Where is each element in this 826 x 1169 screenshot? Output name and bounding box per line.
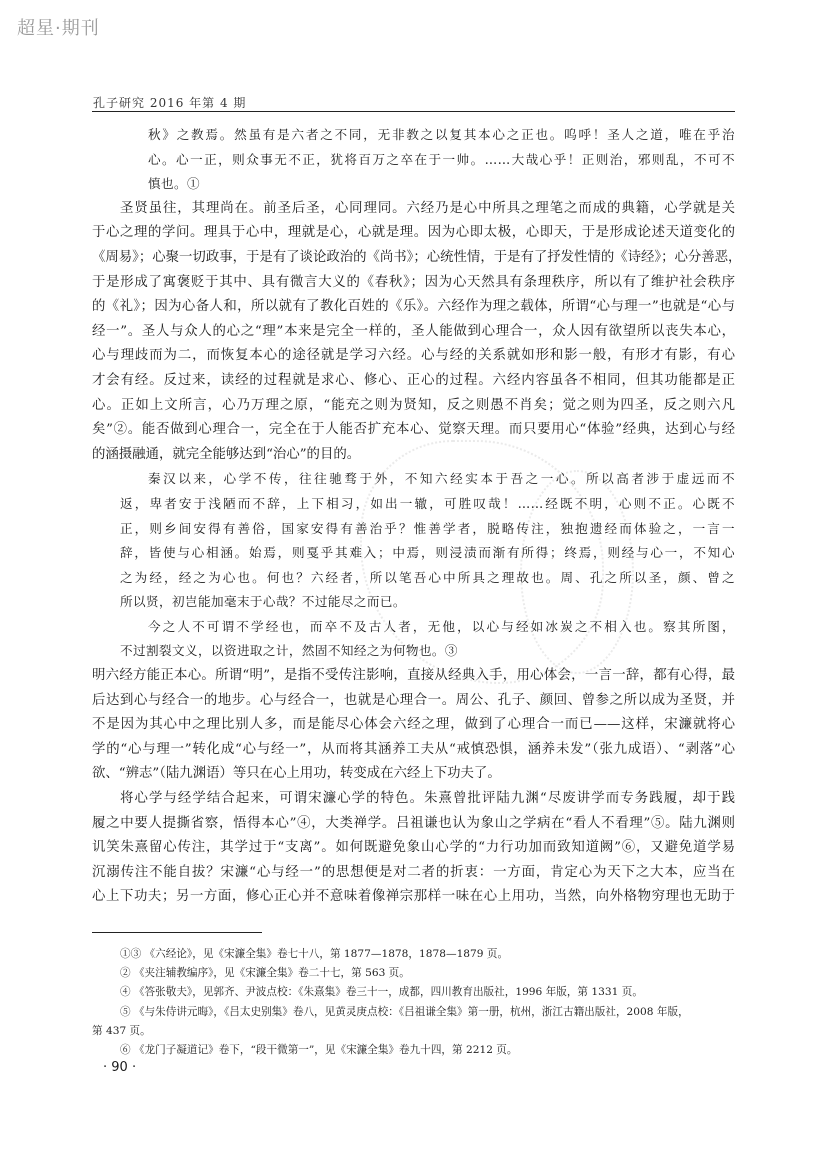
text-line: 欲、“辨志”（陆九渊语）等只在心上用功，转变成在六经上下功夫了。 xyxy=(92,762,735,787)
footnote: 第 437 页。 xyxy=(92,1022,735,1041)
text-line: 返，卑者安于浅陋而不辞，上下相习，如出一辙，可胜叹哉！……经既不明，心则不正。心… xyxy=(92,492,735,517)
header-rule xyxy=(92,111,735,112)
text-line: 学的“心与理一”转化成“心与经一”，从而将其涵养工夫从“戒慎恐惧，涵养未发”（张… xyxy=(92,738,735,763)
text-line: 不是因为其心中之理比别人多，而是能尽心体会六经之理，做到了心理合一而已——这样，… xyxy=(92,713,735,738)
footnote: ⑥ 《龙门子凝道记》卷下，“段干微第一”，见《宋濂全集》卷九十四，第 2212 … xyxy=(92,1041,735,1060)
text-line: 今之人不可谓不学经也，而卒不及古人者，无他，以心与经如冰炭之不相入也。察其所图， xyxy=(92,615,735,640)
text-line: 的《礼》；因为心备人和，所以就有了教化百姓的《乐》。六经作为理之载体，所谓“心与… xyxy=(92,295,735,320)
text-line: 慎也。① xyxy=(92,172,735,197)
text-line: 才会有经。反过来，读经的过程就是求心、修心、正心的过程。六经内容虽各不相同，但其… xyxy=(92,369,735,394)
text-line: 辞，皆使与心相涵。始焉，则戛乎其难入；中焉，则浸渍而渐有所得；终焉，则经与心一，… xyxy=(92,541,735,566)
text-line: 经一”。圣人与众人的心之“理”本来是完全一样的，圣人能做到心理合一，众人因有欲望… xyxy=(92,320,735,345)
text-line: 所以贤，初岂能加毫末于心哉？不过能尽之而已。 xyxy=(92,590,735,615)
text-line: 履之中要人提撕省察，悟得本心”④，大类禅学。吕祖谦也认为象山之学病在“看人不看理… xyxy=(92,812,735,837)
running-head: 孔子研究 2016 年第 4 期 xyxy=(93,94,246,111)
text-line: 明六经方能正本心。所谓“明”，是指不受传注影响，直接从经典入手，用心体会，一言一… xyxy=(92,664,735,689)
text-line: 于是形成了寓褒贬于其中、具有微言大义的《春秋》；因为心天然具有条理秩序，所以有了… xyxy=(92,271,735,296)
text-line: 之为经，经之为心也。何也？六经者，所以笔吾心中所具之理故也。周、孔之所以圣，颜、… xyxy=(92,566,735,591)
body-text: 秋》之教焉。然虽有是六者之不同，无非教之以复其本心之正也。呜呼！圣人之道，唯在乎… xyxy=(92,123,735,910)
text-line: 心。心一正，则众事无不正，犹将百万之卒在于一帅。……大哉心乎！正则治，邪则乱，不… xyxy=(92,148,735,173)
footnote: ①③ 《六经论》，见《宋濂全集》卷七十八，第 1877—1878，1878—18… xyxy=(92,945,735,964)
text-line: 秦汉以来，心学不传，往往驰骛于外，不知六经实本于吾之一心。所以高者涉于虚远而不 xyxy=(92,467,735,492)
footnote-rule xyxy=(92,932,262,933)
text-line: 讥笑朱熹留心传注，其学过于“支离”。如何既避免象山心学的“力行功加而致知道阙”⑥… xyxy=(92,836,735,861)
page-number: · 90 · xyxy=(103,1060,136,1075)
footnotes: ①③ 《六经论》，见《宋濂全集》卷七十八，第 1877—1878，1878—18… xyxy=(92,945,735,1060)
text-line: 于心之理的学问。理具于心中，理就是心，心就是理。因为心即太极，心即天，于是形成论… xyxy=(92,221,735,246)
footnote: ⑤ 《与朱侍讲元晦》，《吕太史别集》卷八，见黄灵庚点校：《吕祖谦全集》第一册，杭… xyxy=(92,1003,735,1022)
text-line: 不过割裂文义，以资进取之计，然固不知经之为何物也。③ xyxy=(92,639,735,664)
text-line: 圣贤虽往，其理尚在。前圣后圣，心同理同。六经乃是心中所具之理笔之而成的典籍，心学… xyxy=(92,197,735,222)
text-line: 矣”②。能否做到心理合一，完全在于人能否扩充本心、觉察天理。而只要用心“体验”经… xyxy=(92,418,735,443)
footnote: ② 《夹注辅教编序》，见《宋濂全集》卷二十七，第 563 页。 xyxy=(92,964,735,983)
text-line: 心与理歧而为二，而恢复本心的途径就是学习六经。心与经的关系就如形和影一般，有形才… xyxy=(92,344,735,369)
text-line: 将心学与经学结合起来，可谓宋濂心学的特色。朱熹曾批评陆九渊“尽废讲学而专务践履，… xyxy=(92,787,735,812)
text-line: 秋》之教焉。然虽有是六者之不同，无非教之以复其本心之正也。呜呼！圣人之道，唯在乎… xyxy=(92,123,735,148)
text-line: 的涵摄融通，就完全能够达到“治心”的目的。 xyxy=(92,443,735,468)
text-line: 《周易》；心聚一切政事，于是有了谈论政治的《尚书》；心统性情，于是有了抒发性情的… xyxy=(92,246,735,271)
brand-logo: 超星·期刊 xyxy=(17,14,100,40)
text-line: 正，则乡间安得有善俗，国家安得有善治乎？惟善学者，脱略传注，独抱遗经而体验之，一… xyxy=(92,517,735,542)
text-line: 沉溺传注不能自拔？宋濂“心与经一”的思想便是对二者的折衷：一方面，肯定心为天下之… xyxy=(92,861,735,886)
text-line: 心。正如上文所言，心乃万理之原，“能充之则为贤知，反之则愚不肖矣；觉之则为四圣，… xyxy=(92,394,735,419)
footnote: ④ 《答张敬夫》，见郭齐、尹波点校：《朱熹集》卷三十一，成都，四川教育出版社，1… xyxy=(92,983,735,1002)
text-line: 心上下功夫；另一方面，修心正心并不意味着像禅宗那样一味在心上用功，当然，向外格物… xyxy=(92,885,735,910)
text-line: 后达到心与经合一的地步。心与经合一，也就是心理合一。周公、孔子、颜回、曾参之所以… xyxy=(92,689,735,714)
